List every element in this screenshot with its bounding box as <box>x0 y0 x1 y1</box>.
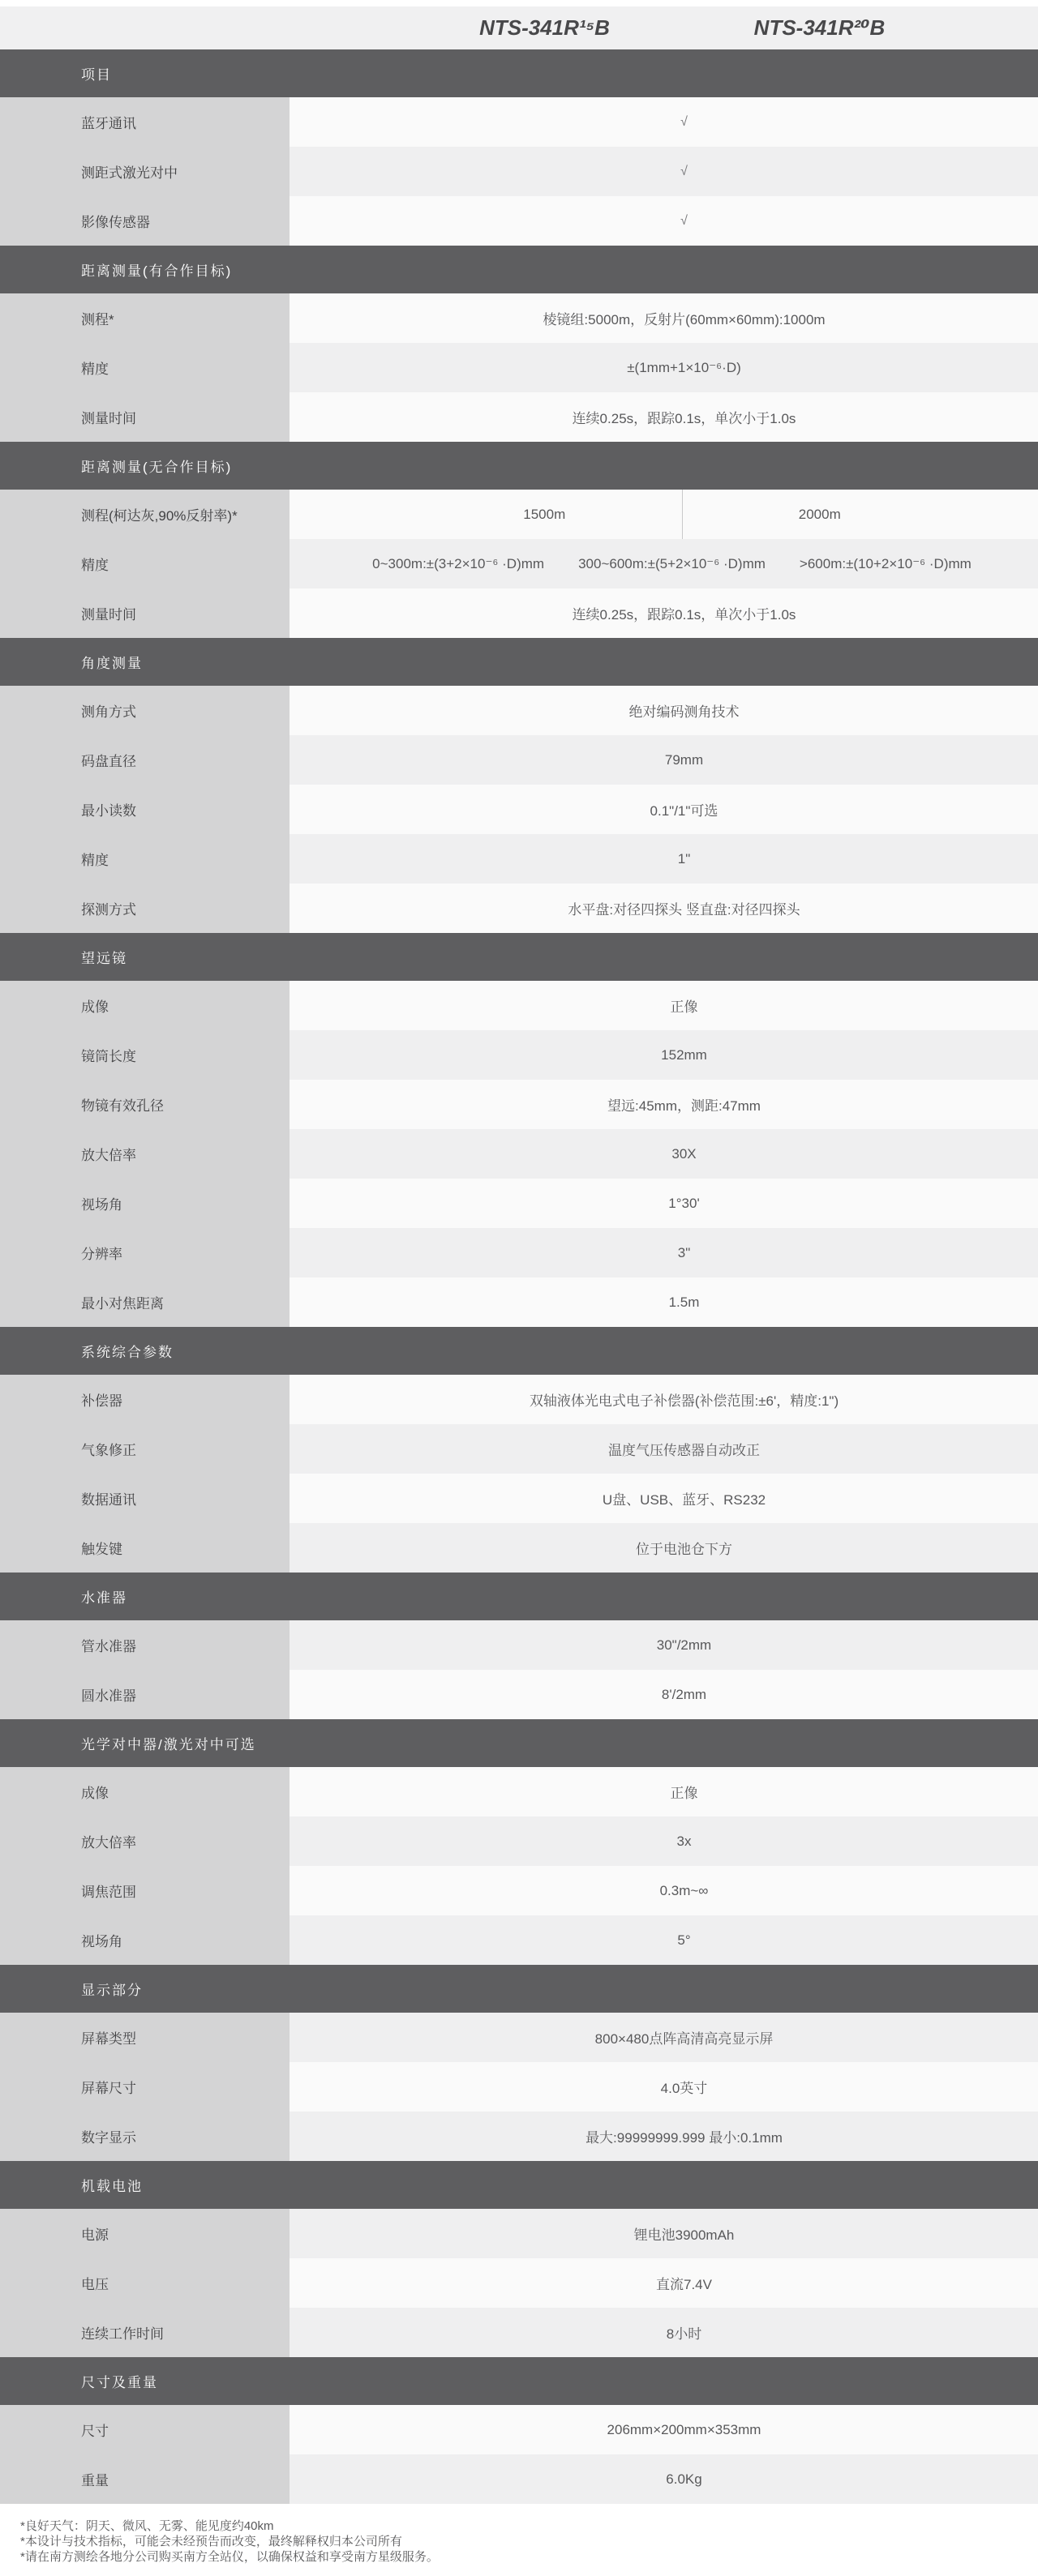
row-value: 152mm <box>290 1030 1038 1080</box>
row-label: 最小对焦距离 <box>0 1277 290 1327</box>
row-label: 码盘直径 <box>0 735 290 785</box>
row-label: 物镜有效孔径 <box>0 1080 290 1129</box>
row-label: 精度 <box>0 834 290 884</box>
section-header: 角度测量 <box>0 638 1038 686</box>
section-header: 望远镜 <box>0 933 1038 981</box>
table-row: 电压直流7.4V <box>0 2258 1038 2308</box>
table-row: 蓝牙通讯√ <box>0 97 1038 147</box>
row-value: 连续0.25s，跟踪0.1s，单次小于1.0s <box>290 392 1038 442</box>
table-row: 精度±(1mm+1×10⁻⁶·D) <box>0 343 1038 392</box>
row-label: 圆水准器 <box>0 1670 290 1719</box>
row-value-segments: 0~300m:±(3+2×10⁻⁶ ·D)mm300~600m:±(5+2×10… <box>290 539 1038 588</box>
row-value: 最大:99999999.999 最小:0.1mm <box>290 2112 1038 2161</box>
row-label: 电源 <box>0 2209 290 2258</box>
model-column-a: NTS-341R¹⁵B <box>407 6 682 49</box>
section-title: 角度测量 <box>81 652 143 672</box>
spec-section: 项目蓝牙通讯√测距式激光对中√影像传感器√ <box>0 49 1038 246</box>
row-label: 精度 <box>0 539 290 588</box>
row-value: 8'/2mm <box>290 1670 1038 1719</box>
row-value: 8小时 <box>290 2308 1038 2357</box>
model-name-b: NTS-341R²⁰B <box>754 15 886 41</box>
section-title: 尺寸及重量 <box>81 2371 158 2391</box>
row-label: 探测方式 <box>0 884 290 933</box>
row-value: 温度气压传感器自动改正 <box>290 1424 1038 1474</box>
spec-section: 机载电池电源锂电池3900mAh电压直流7.4V连续工作时间8小时 <box>0 2161 1038 2357</box>
table-row: 测量时间连续0.25s，跟踪0.1s，单次小于1.0s <box>0 588 1038 638</box>
row-label: 重量 <box>0 2454 290 2504</box>
table-row: 数字显示最大:99999999.999 最小:0.1mm <box>0 2112 1038 2161</box>
row-value: ±(1mm+1×10⁻⁶·D) <box>290 343 1038 392</box>
model-column-b: NTS-341R²⁰B <box>682 6 957 49</box>
table-row: 测程(柯达灰,90%反射率)*1500m2000m <box>0 490 1038 539</box>
row-label: 屏幕尺寸 <box>0 2062 290 2112</box>
section-header: 机载电池 <box>0 2161 1038 2209</box>
row-value: 5° <box>290 1915 1038 1965</box>
spec-section: 水准器管水准器30"/2mm圆水准器8'/2mm <box>0 1573 1038 1719</box>
footnotes: *良好天气：阴天、微风、无雾、能见度约40km*本设计与技术指标，可能会未经预告… <box>0 2504 1038 2576</box>
precision-segment: 300~600m:±(5+2×10⁻⁶ ·D)mm <box>578 556 766 572</box>
row-value: 6.0Kg <box>290 2454 1038 2504</box>
table-row: 物镜有效孔径望远:45mm，测距:47mm <box>0 1080 1038 1129</box>
row-label: 触发键 <box>0 1523 290 1573</box>
row-label: 最小读数 <box>0 785 290 834</box>
precision-segment: >600m:±(10+2×10⁻⁶ ·D)mm <box>800 556 972 572</box>
footnote-line: *本设计与技术指标，可能会未经预告而改变，最终解释权归本公司所有 <box>20 2534 1038 2549</box>
section-title: 距离测量(无合作目标) <box>81 456 232 476</box>
table-row: 尺寸206mm×200mm×353mm <box>0 2405 1038 2454</box>
row-value: 4.0英寸 <box>290 2062 1038 2112</box>
row-value: U盘、USB、蓝牙、RS232 <box>290 1474 1038 1523</box>
row-value: 30"/2mm <box>290 1620 1038 1670</box>
row-label: 屏幕类型 <box>0 2013 290 2062</box>
table-row: 数据通讯U盘、USB、蓝牙、RS232 <box>0 1474 1038 1523</box>
row-label: 测角方式 <box>0 686 290 735</box>
row-label: 测量时间 <box>0 392 290 442</box>
row-value: 正像 <box>290 1767 1038 1816</box>
model-name-a: NTS-341R¹⁵B <box>479 15 610 41</box>
row-label: 补偿器 <box>0 1375 290 1424</box>
row-label: 气象修正 <box>0 1424 290 1474</box>
spec-section: 望远镜成像正像镜筒长度152mm物镜有效孔径望远:45mm，测距:47mm放大倍… <box>0 933 1038 1327</box>
row-value: 79mm <box>290 735 1038 785</box>
checkmark: √ <box>290 196 1038 246</box>
row-value: 3" <box>290 1228 1038 1277</box>
spec-section: 距离测量(无合作目标)测程(柯达灰,90%反射率)*1500m2000m精度0~… <box>0 442 1038 638</box>
row-value: 3x <box>290 1816 1038 1866</box>
spec-table-page: NTS-341R¹⁵B NTS-341R²⁰B 项目蓝牙通讯√测距式激光对中√影… <box>0 6 1038 2576</box>
table-row: 精度1" <box>0 834 1038 884</box>
row-label: 测量时间 <box>0 588 290 638</box>
table-row: 成像正像 <box>0 981 1038 1030</box>
table-row: 视场角1°30' <box>0 1179 1038 1228</box>
table-row: 成像正像 <box>0 1767 1038 1816</box>
row-label: 测程* <box>0 293 290 343</box>
row-label: 分辨率 <box>0 1228 290 1277</box>
section-title: 项目 <box>81 63 112 83</box>
section-title: 机载电池 <box>81 2175 143 2195</box>
table-row: 重量6.0Kg <box>0 2454 1038 2504</box>
table-row: 测量时间连续0.25s，跟踪0.1s，单次小于1.0s <box>0 392 1038 442</box>
spec-section: 显示部分屏幕类型800×480点阵高清高亮显示屏屏幕尺寸4.0英寸数字显示最大:… <box>0 1965 1038 2161</box>
row-value: 0.1"/1"可选 <box>290 785 1038 834</box>
row-value: 连续0.25s，跟踪0.1s，单次小于1.0s <box>290 588 1038 638</box>
section-title: 光学对中器/激光对中可选 <box>81 1733 256 1753</box>
row-label: 成像 <box>0 981 290 1030</box>
row-label: 视场角 <box>0 1915 290 1965</box>
row-value: 锂电池3900mAh <box>290 2209 1038 2258</box>
table-row: 屏幕类型800×480点阵高清高亮显示屏 <box>0 2013 1038 2062</box>
row-label: 放大倍率 <box>0 1816 290 1866</box>
table-row: 屏幕尺寸4.0英寸 <box>0 2062 1038 2112</box>
table-row: 测程*棱镜组:5000m，反射片(60mm×60mm):1000m <box>0 293 1038 343</box>
spec-section: 尺寸及重量尺寸206mm×200mm×353mm重量6.0Kg <box>0 2357 1038 2504</box>
row-value-split: 1500m2000m <box>290 490 1038 539</box>
row-value: 双轴液体光电式电子补偿器(补偿范围:±6'，精度:1") <box>290 1375 1038 1424</box>
row-value: 水平盘:对径四探头 竖直盘:对径四探头 <box>290 884 1038 933</box>
row-label: 放大倍率 <box>0 1129 290 1179</box>
spec-section: 系统综合参数补偿器双轴液体光电式电子补偿器(补偿范围:±6'，精度:1")气象修… <box>0 1327 1038 1573</box>
section-title: 望远镜 <box>81 947 127 967</box>
section-header: 距离测量(有合作目标) <box>0 246 1038 293</box>
table-row: 测距式激光对中√ <box>0 147 1038 196</box>
model-header-band: NTS-341R¹⁵B NTS-341R²⁰B <box>0 6 1038 49</box>
section-header: 显示部分 <box>0 1965 1038 2013</box>
table-row: 码盘直径79mm <box>0 735 1038 785</box>
table-row: 放大倍率3x <box>0 1816 1038 1866</box>
row-label: 成像 <box>0 1767 290 1816</box>
section-title: 水准器 <box>81 1586 127 1607</box>
section-header: 系统综合参数 <box>0 1327 1038 1375</box>
row-value: 绝对编码测角技术 <box>290 686 1038 735</box>
row-value: 望远:45mm，测距:47mm <box>290 1080 1038 1129</box>
row-label: 数字显示 <box>0 2112 290 2161</box>
table-row: 调焦范围0.3m~∞ <box>0 1866 1038 1915</box>
section-title: 显示部分 <box>81 1979 143 1999</box>
section-header: 尺寸及重量 <box>0 2357 1038 2405</box>
table-row: 镜筒长度152mm <box>0 1030 1038 1080</box>
model-columns: NTS-341R¹⁵B NTS-341R²⁰B <box>407 6 957 49</box>
table-row: 放大倍率30X <box>0 1129 1038 1179</box>
row-value: 直流7.4V <box>290 2258 1038 2308</box>
row-value: 0.3m~∞ <box>290 1866 1038 1915</box>
row-value: 1.5m <box>290 1277 1038 1327</box>
row-value: 1°30' <box>290 1179 1038 1228</box>
row-label: 调焦范围 <box>0 1866 290 1915</box>
table-row: 最小读数0.1"/1"可选 <box>0 785 1038 834</box>
section-header: 距离测量(无合作目标) <box>0 442 1038 490</box>
footnote-line: *请在南方测绘各地分公司购买南方全站仪，以确保权益和享受南方星级服务。 <box>20 2549 1038 2565</box>
section-title: 系统综合参数 <box>81 1341 174 1361</box>
row-value: 棱镜组:5000m，反射片(60mm×60mm):1000m <box>290 293 1038 343</box>
row-label: 管水准器 <box>0 1620 290 1670</box>
table-row: 测角方式绝对编码测角技术 <box>0 686 1038 735</box>
section-header: 项目 <box>0 49 1038 97</box>
model-a-value: 1500m <box>407 490 682 539</box>
table-row: 圆水准器8'/2mm <box>0 1670 1038 1719</box>
row-label: 蓝牙通讯 <box>0 97 290 147</box>
row-label: 电压 <box>0 2258 290 2308</box>
table-row: 触发键位于电池仓下方 <box>0 1523 1038 1573</box>
row-label: 尺寸 <box>0 2405 290 2454</box>
table-row: 气象修正温度气压传感器自动改正 <box>0 1424 1038 1474</box>
row-label: 精度 <box>0 343 290 392</box>
table-row: 补偿器双轴液体光电式电子补偿器(补偿范围:±6'，精度:1") <box>0 1375 1038 1424</box>
row-label: 数据通讯 <box>0 1474 290 1523</box>
section-title: 距离测量(有合作目标) <box>81 259 232 280</box>
spec-section: 距离测量(有合作目标)测程*棱镜组:5000m，反射片(60mm×60mm):1… <box>0 246 1038 442</box>
checkmark: √ <box>290 97 1038 147</box>
row-value: 206mm×200mm×353mm <box>290 2405 1038 2454</box>
spec-table: 项目蓝牙通讯√测距式激光对中√影像传感器√距离测量(有合作目标)测程*棱镜组:5… <box>0 49 1038 2504</box>
table-row: 电源锂电池3900mAh <box>0 2209 1038 2258</box>
row-value: 30X <box>290 1129 1038 1179</box>
model-b-value: 2000m <box>682 490 958 539</box>
row-label: 测距式激光对中 <box>0 147 290 196</box>
row-value: 800×480点阵高清高亮显示屏 <box>290 2013 1038 2062</box>
spec-section: 角度测量测角方式绝对编码测角技术码盘直径79mm最小读数0.1"/1"可选精度1… <box>0 638 1038 933</box>
table-row: 连续工作时间8小时 <box>0 2308 1038 2357</box>
row-value: 1" <box>290 834 1038 884</box>
precision-segment: 0~300m:±(3+2×10⁻⁶ ·D)mm <box>372 556 544 572</box>
row-label: 镜筒长度 <box>0 1030 290 1080</box>
row-label: 影像传感器 <box>0 196 290 246</box>
table-row: 探测方式水平盘:对径四探头 竖直盘:对径四探头 <box>0 884 1038 933</box>
table-row: 视场角5° <box>0 1915 1038 1965</box>
section-header: 光学对中器/激光对中可选 <box>0 1719 1038 1767</box>
row-label: 测程(柯达灰,90%反射率)* <box>0 490 290 539</box>
row-value: 位于电池仓下方 <box>290 1523 1038 1573</box>
row-value: 正像 <box>290 981 1038 1030</box>
checkmark: √ <box>290 147 1038 196</box>
section-header: 水准器 <box>0 1573 1038 1620</box>
footnote-line: *良好天气：阴天、微风、无雾、能见度约40km <box>20 2518 1038 2534</box>
table-row: 分辨率3" <box>0 1228 1038 1277</box>
row-label: 视场角 <box>0 1179 290 1228</box>
table-row: 影像传感器√ <box>0 196 1038 246</box>
table-row: 精度0~300m:±(3+2×10⁻⁶ ·D)mm300~600m:±(5+2×… <box>0 539 1038 588</box>
spec-section: 光学对中器/激光对中可选成像正像放大倍率3x调焦范围0.3m~∞视场角5° <box>0 1719 1038 1965</box>
table-row: 管水准器30"/2mm <box>0 1620 1038 1670</box>
row-label: 连续工作时间 <box>0 2308 290 2357</box>
table-row: 最小对焦距离1.5m <box>0 1277 1038 1327</box>
